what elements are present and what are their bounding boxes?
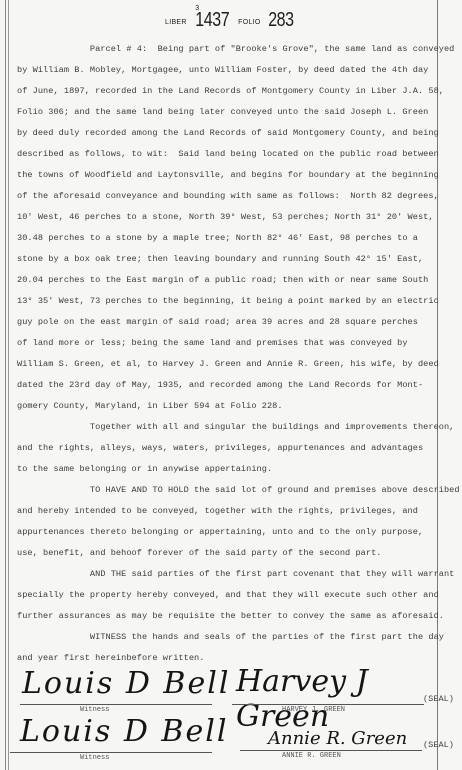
body-line: Folio 306; and the same land being later… [17,107,428,117]
body-line: and hereby intended to be conveyed, toge… [17,506,418,516]
body-line: stone by a box oak tree; then leaving bo… [17,254,423,264]
deed-page: LIBER 3 1437 FOLIO 283 Parcel # 4: Being… [0,0,462,770]
body-line: of the aforesaid conveyance and bounding… [17,191,439,201]
body-line: gomery County, Maryland, in Liber 594 at… [17,401,283,411]
folio-label: FOLIO [238,19,261,26]
left-margin-rule [5,0,6,770]
body-line: specially the property hereby conveyed, … [17,590,439,600]
body-line: to the same belonging or in anywise appe… [17,464,272,474]
body-line: by William B. Mobley, Mortgagee, unto Wi… [17,65,428,75]
witness-2-signature-line [10,752,212,753]
witness-1-signature: Louis D Bell [22,666,230,701]
grantor-2-signature-line [240,750,422,751]
body-line: and year first hereinbefore written. [17,653,204,663]
body-line: of land more or less; being the same lan… [17,338,408,348]
liber-label: LIBER [165,19,187,26]
body-line: use, benefit, and behoof forever of the … [17,548,382,558]
body-line: by deed duly recorded among the Land Rec… [17,128,439,138]
body-line: 10' West, 46 perches to a stone, North 3… [17,212,434,222]
witness-2-signature: Louis D Bell [20,714,228,749]
body-line: William S. Green, et al, to Harvey J. Gr… [17,359,439,369]
body-line: of June, 1897, recorded in the Land Reco… [17,86,444,96]
body-line: AND THE said parties of the first part c… [17,569,454,579]
body-line: and the rights, alleys, ways, waters, pr… [17,443,423,453]
body-line: Together with all and singular the build… [17,422,454,432]
grantor-2-signature: Annie R. Green [268,728,407,749]
body-line: 13° 35' West, 73 perches to the beginnin… [17,296,439,306]
grantor-1-seal: (SEAL) [423,694,454,704]
body-line: described as follows, to wit: Said land … [17,149,439,159]
witness-1-signature-line [20,704,212,705]
body-line: dated the 23rd day of May, 1935, and rec… [17,380,423,390]
body-line: WITNESS the hands and seals of the parti… [17,632,444,642]
body-line: 30.48 perches to a stone by a maple tree… [17,233,418,243]
grantor-1-signature-line [232,704,424,705]
liber-folio-header: LIBER 3 1437 FOLIO 283 [0,9,462,32]
body-line: further assurances as may be requisite t… [17,611,444,621]
grantor-2-label: ANNIE R. GREEN [282,752,341,760]
body-line: Parcel # 4: Being part of "Brooke's Grov… [17,44,454,54]
left-margin-rule-inner [8,0,9,770]
body-line: appurtenances thereto belonging or apper… [17,527,423,537]
body-line: 20.04 perches to the East margin of a pu… [17,275,428,285]
witness-1-label: Witness [80,706,109,714]
right-margin-rule [437,0,438,770]
body-line: guy pole on the east margin of said road… [17,317,418,327]
witness-2-label: Witness [80,754,109,762]
liber-number: 1437 [195,9,229,32]
grantor-1-label: HARVEY J. GREEN [282,706,345,714]
body-line: the towns of Woodfield and Laytonsville,… [17,170,439,180]
grantor-2-seal: (SEAL) [423,740,454,750]
folio-number: 283 [268,9,294,32]
body-line: TO HAVE AND TO HOLD the said lot of grou… [17,485,460,495]
